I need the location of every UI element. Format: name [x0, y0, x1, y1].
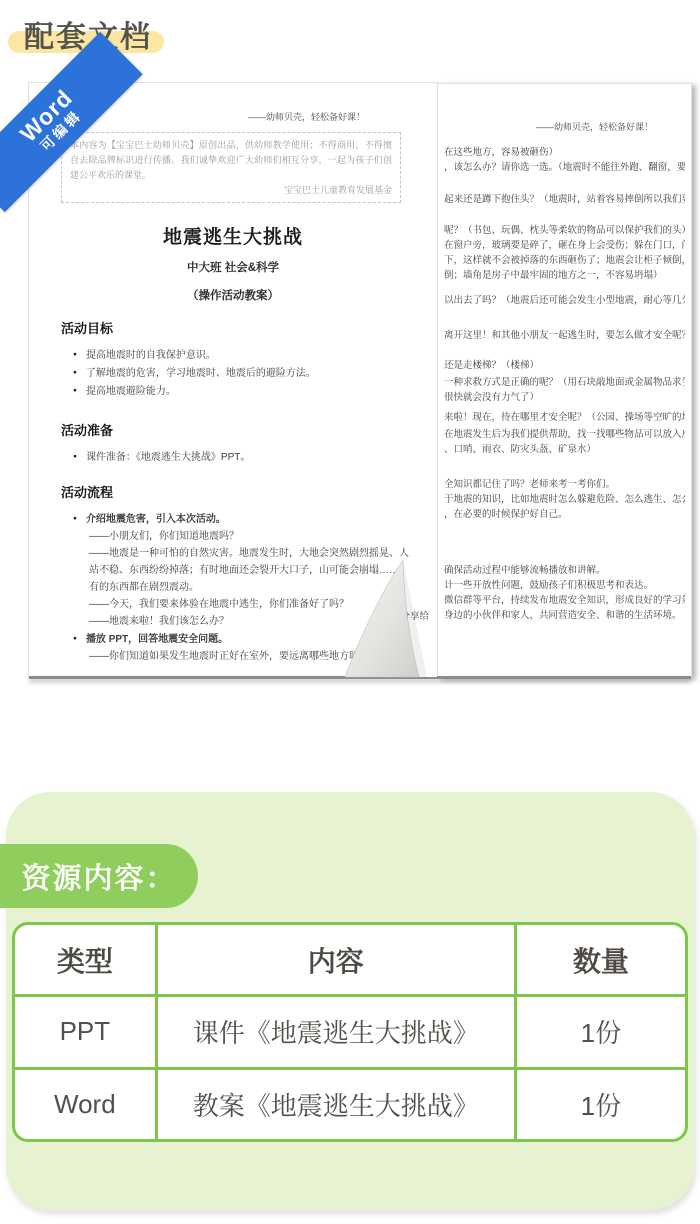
truncated-line: 在这些地方，容易被砸伤） — [444, 145, 685, 160]
section-heading: 活动流程 — [61, 485, 415, 501]
paragraph-group: 离开这里！和其他小朋友一起逃生时，要怎么做才安全呢？（一 — [444, 328, 685, 343]
doc-subtitle-2: （操作活动教案） — [29, 289, 437, 303]
truncated-line: ，在必要的时候保护好自己。 — [444, 507, 685, 522]
copyright-signature: 宝宝巴士儿童教育发展基金 — [70, 183, 392, 198]
resource-table: 类型内容数量PPT课件《地震逃生大挑战》1份Word教案《地震逃生大挑战》1份 — [12, 922, 688, 1142]
truncated-line: 微信群等平台，持续发布地震安全知识，形成良好的学习氛围。 — [444, 593, 685, 608]
table-cell: 课件《地震逃生大挑战》 — [158, 997, 517, 1066]
truncated-line: 在地震发生后为我们提供帮助，找一找哪些物品可以放入应急包 — [444, 427, 685, 442]
truncated-line: 、口哨、雨衣、防灾头盔、矿泉水） — [444, 442, 685, 457]
paragraph-group: 来啦！现在，待在哪里才安全呢？（公园、操场等空旷的地方） — [444, 410, 685, 425]
section-heading: 活动准备 — [61, 423, 415, 439]
truncated-line: 起来还是蹲下抱住头？（地震时，站着容易摔倒所以我们要蹲下 — [444, 192, 685, 207]
truncated-line: 计一些开放性问题，鼓励孩子们积极思考和表达。 — [444, 578, 685, 593]
table-cell: Word — [15, 1070, 158, 1139]
truncated-line: 全知识都记住了吗？老师来考一考你们。 — [444, 477, 685, 492]
resource-label: 资源内容： — [0, 844, 198, 908]
paragraph-group: 还是走楼梯？（楼梯） — [444, 358, 685, 373]
table-cell: 1份 — [517, 997, 685, 1066]
table-cell: 1份 — [517, 1070, 685, 1139]
paragraph-group: 呢？（书包、玩偶、枕头等柔软的物品可以保护我们的头）在窗户旁，玻璃要是碎了，砸在… — [444, 223, 685, 283]
bullet-item: 提高地震避险能力。 — [61, 382, 415, 400]
truncated-line: 倒；墙角是房子中最牢固的地方之一，不容易坍塌） — [444, 268, 685, 283]
table-header-cell: 数量 — [517, 925, 685, 994]
truncated-line: 还是走楼梯？（楼梯） — [444, 358, 685, 373]
paragraph-group: 在地震发生后为我们提供帮助，找一找哪些物品可以放入应急包、口哨、雨衣、防灾头盔、… — [444, 427, 685, 457]
bullet-item: 课件准备：《地震逃生大挑战》PPT。 — [61, 448, 415, 466]
bullet-item: 提高地震时的自我保护意识。 — [61, 346, 415, 364]
truncated-line: 下，这样就不会被掉落的东西砸伤了；地震会让柜子倾倒，如果 — [444, 253, 685, 268]
doc-section: 活动准备课件准备：《地震逃生大挑战》PPT。 — [61, 423, 415, 466]
table-cell: 教案《地震逃生大挑战》 — [158, 1070, 517, 1139]
product-detail-page: { "header": { "title": "配套文档" }, "ribbon… — [0, 0, 700, 1224]
copyright-text: 本内容为【宝宝巴士幼师贝壳】原创出品，供幼师教学使用；不得商用，不得擅自去除品牌… — [70, 138, 392, 183]
bullet-item: 了解地震的危害，学习地震时、地震后的避险方法。 — [61, 364, 415, 382]
doc-header-note: ——幼师贝壳，轻松备好课！ — [438, 120, 691, 135]
paragraph-group: 确保活动过程中能够流畅播放和讲解。计一些开放性问题，鼓励孩子们积极思考和表达。微… — [444, 563, 685, 623]
section-items: 课件准备：《地震逃生大挑战》PPT。 — [61, 448, 415, 466]
resource-label-text: 资源内容： — [21, 856, 176, 897]
paragraph-group: 在这些地方，容易被砸伤），该怎么办？请你选一选。（地震时不能往外跑、翻窗，要在周 — [444, 145, 685, 175]
table-row: Word教案《地震逃生大挑战》1份 — [15, 1067, 685, 1139]
bullet-item: 介绍地震危害，引入本次活动。 — [61, 510, 415, 528]
doc-title: 地震逃生大挑战 — [29, 225, 437, 251]
truncated-line: 身边的小伙伴和家人，共同营造安全、和谐的生活环境。 — [444, 608, 685, 623]
table-header-row: 类型内容数量 — [15, 925, 685, 994]
paragraph-group: 起来还是蹲下抱住头？（地震时，站着容易摔倒所以我们要蹲下 — [444, 192, 685, 207]
section-items: 提高地震时的自我保护意识。了解地震的危害，学习地震时、地震后的避险方法。提高地震… — [61, 346, 415, 400]
paragraph-group: 一种求救方式是正确的呢？（用石块敲地面或金属物品求生才是很快就会没有力气了） — [444, 375, 685, 405]
truncated-line: 来啦！现在，待在哪里才安全呢？（公园、操场等空旷的地方） — [444, 410, 685, 425]
table-header-cell: 类型 — [15, 925, 158, 994]
truncated-line: 于地震的知识，比如地震时怎么躲避危险、怎么逃生、怎么求助。 — [444, 492, 685, 507]
paragraph-group: 以出去了吗？（地震后还可能会发生小型地震，耐心等几分钟再 — [444, 293, 685, 308]
truncated-line: 以出去了吗？（地震后还可能会发生小型地震，耐心等几分钟再 — [444, 293, 685, 308]
truncated-line: 呢？（书包、玩偶、枕头等柔软的物品可以保护我们的头） — [444, 223, 685, 238]
paragraph-group: 全知识都记住了吗？老师来考一考你们。于地震的知识，比如地震时怎么躲避危险、怎么逃… — [444, 477, 685, 522]
table-cell: PPT — [15, 997, 158, 1066]
page-curl: 学分享给 — [300, 540, 480, 680]
truncated-line: 确保活动过程中能够流畅播放和讲解。 — [444, 563, 685, 578]
section-header: 配套文档 — [0, 0, 300, 60]
truncated-line: 在窗户旁，玻璃要是碎了，砸在身上会受伤；躲在门口，门会直 — [444, 238, 685, 253]
truncated-line: 很快就会没有力气了） — [444, 390, 685, 405]
copyright-notice: 本内容为【宝宝巴士幼师贝壳】原创出品，供幼师教学使用；不得商用，不得擅自去除品牌… — [61, 132, 401, 203]
truncated-line: ，该怎么办？请你选一选。（地震时不能往外跑、翻窗，要在周 — [444, 160, 685, 175]
truncated-line: 一种求救方式是正确的呢？（用石块敲地面或金属物品求生才是 — [444, 375, 685, 390]
table-row: PPT课件《地震逃生大挑战》1份 — [15, 994, 685, 1066]
doc-section: 活动目标提高地震时的自我保护意识。了解地震的危害，学习地震时、地震后的避险方法。… — [61, 321, 415, 400]
table-header-cell: 内容 — [158, 925, 517, 994]
section-heading: 活动目标 — [61, 321, 415, 337]
truncated-line: 离开这里！和其他小朋友一起逃生时，要怎么做才安全呢？（一 — [444, 328, 685, 343]
doc-subtitle: 中大班 社会&科学 — [29, 261, 437, 275]
